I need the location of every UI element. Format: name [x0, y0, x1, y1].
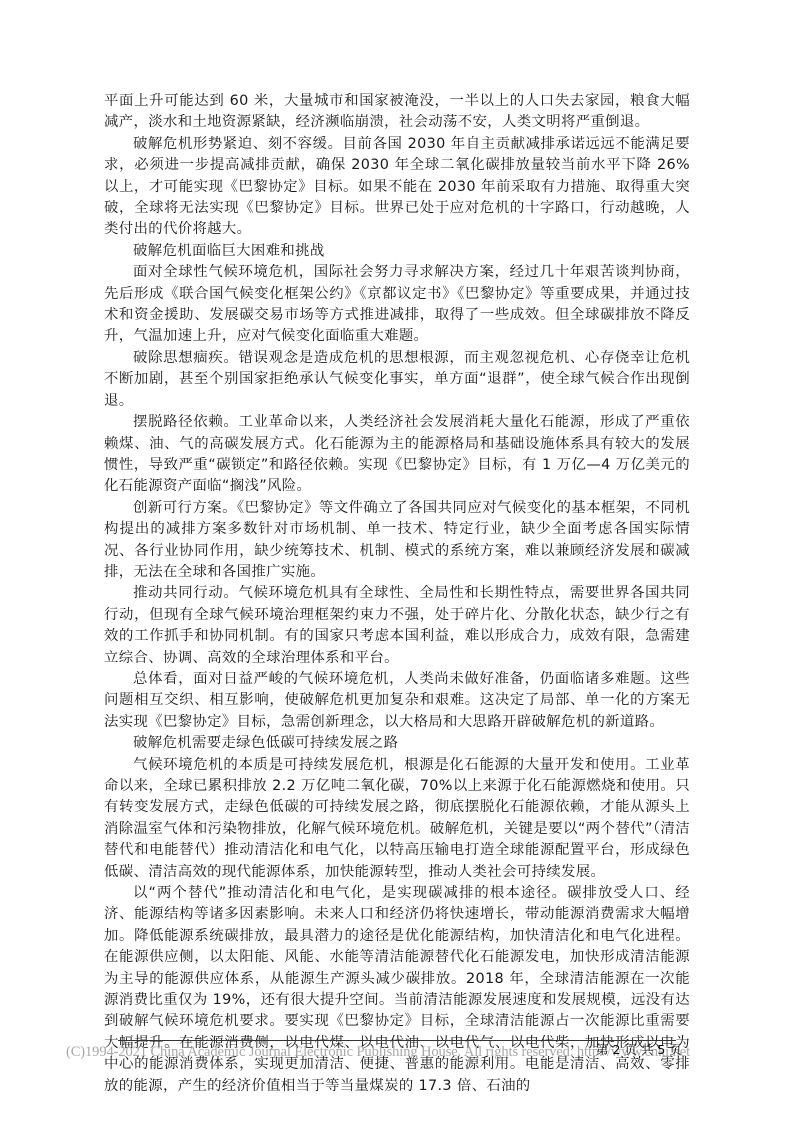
paragraph: 以“两个替代”推动清洁化和电气化，是实现碳减排的根本途径。碳排放受人口、经济、能…: [104, 883, 690, 1097]
paragraph: 摆脱路径依赖。工业革命以来，人类经济社会发展消耗大量化石能源，形成了严重依赖煤、…: [104, 412, 690, 498]
section-heading: 破解危机面临巨大困难和挑战: [104, 241, 690, 262]
page-number: 第 2 页 共 5 页: [596, 1042, 682, 1058]
document-body: 平面上升可能达到 60 米，大量城市和国家被淹没，一半以上的人口失去家园，粮食大…: [104, 91, 690, 1097]
paragraph: 面对全球性气候环境危机，国际社会努力寻求解决方案，经过几十年艰苦谈判协商，先后形…: [104, 262, 690, 348]
section-heading: 破解危机需要走绿色低碳可持续发展之路: [104, 733, 690, 754]
paragraph: 气候环境危机的本质是可持续发展危机，根源是化石能源的大量开发和使用。工业革命以来…: [104, 755, 690, 883]
paragraph: 总体看，面对日益严峻的气候环境危机，人类尚未做好准备，仍面临诸多难题。这些问题相…: [104, 669, 690, 733]
paragraph: 破解危机形势紧迫、刻不容缓。目前各国 2030 年自主贡献减排承诺远远不能满足要…: [104, 134, 690, 241]
footer-divider: [118, 1040, 676, 1041]
paragraph: 创新可行方案。《巴黎协定》等文件确立了各国共同应对气候变化的基本框架，不同机构提…: [104, 498, 690, 584]
paragraph: 推动共同行动。气候环境危机具有全球性、全局性和长期性特点，需要世界各国共同行动，…: [104, 583, 690, 669]
paragraph-continuation: 平面上升可能达到 60 米，大量城市和国家被淹没，一半以上的人口失去家园，粮食大…: [104, 91, 690, 134]
paragraph: 破除思想痼疾。错误观念是造成危机的思想根源，而主观忽视危机、心存侥幸让危机不断加…: [104, 348, 690, 412]
